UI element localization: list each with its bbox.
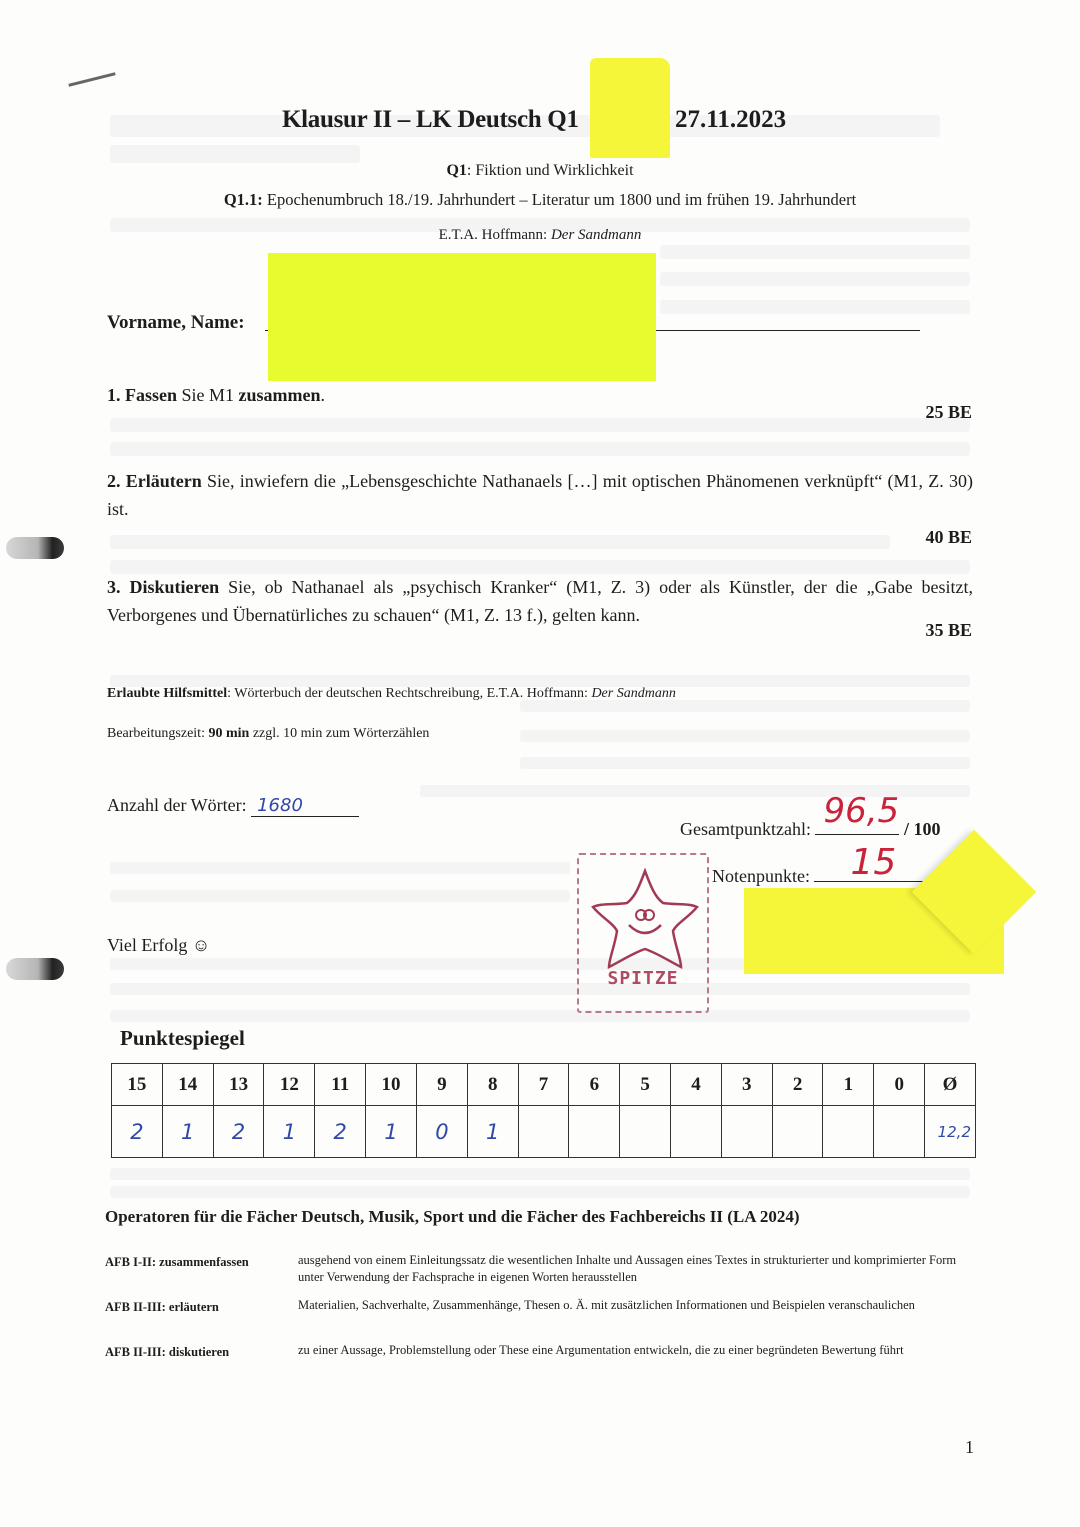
task-2-operator: Erläutern [126,471,202,491]
total-score-label: Gesamtpunktzahl: [680,819,811,839]
punktespiegel-header-cell: 0 [874,1064,925,1106]
punktespiegel-header-cell: 12 [264,1064,315,1106]
total-score-max: / 100 [904,819,941,839]
task-2-points: 40 BE [925,527,972,548]
task-3-points: 35 BE [925,620,972,641]
punktespiegel-header-cell: 15 [112,1064,163,1106]
task-2-text: Sie, inwiefern die „Lebensgeschichte Nat… [107,471,973,519]
punktespiegel-header-cell: Ø [925,1064,976,1106]
pencil-mark [68,72,115,87]
punktespiegel-value-cell[interactable] [721,1106,772,1158]
punktespiegel-value-cell[interactable]: 1 [366,1106,417,1158]
exam-date: 27.11.2023 [675,106,786,134]
bleed-through-text [660,272,970,286]
punktespiegel-header-cell: 3 [721,1064,772,1106]
unit-label: Q1 [446,162,466,179]
task-3-text: Sie, ob Nathanael als „psychisch Kranker… [107,577,973,625]
allowed-aids: Erlaubte Hilfsmittel: Wörterbuch der deu… [107,686,676,702]
redaction-sticky-note [268,253,656,381]
punktespiegel-value-cell[interactable] [823,1106,874,1158]
grade-points-label: Notenpunkte: [712,866,810,886]
task-1-text-end: . [321,385,326,405]
bleed-through-text [660,245,970,259]
time-label: Bearbeitungszeit: [107,726,208,741]
bleed-through-text [660,300,970,314]
grade-points-input[interactable]: 15 [814,862,934,882]
task-3: 3. Diskutieren Sie, ob Nathanael als „ps… [107,573,973,629]
task-3-number: 3. [107,577,121,597]
sticky-note [590,58,670,158]
bleed-through-text [110,535,890,549]
punktespiegel-value-cell[interactable]: 2 [112,1106,163,1158]
task-2-number: 2. [107,471,121,491]
time-value: 90 min [208,726,249,741]
bleed-through-text [520,730,970,742]
punktespiegel-header-cell: 10 [366,1064,417,1106]
unit-line: Q1: Fiktion und Wirklichkeit [0,162,1080,180]
task-3-operator: Diskutieren [129,577,219,597]
work-line: E.T.A. Hoffmann: Der Sandmann [0,227,1080,244]
aids-text: : Wörterbuch der deutschen Rechtschreibu… [227,686,591,701]
punktespiegel-value-cell[interactable] [671,1106,722,1158]
page-number: 1 [965,1437,974,1458]
task-1-operator: Fassen [125,385,177,405]
total-score-field: Gesamtpunktzahl: 96,5 / 100 [680,815,940,840]
subunit-label: Q1.1: [224,190,263,209]
punktespiegel-header-cell: 11 [315,1064,366,1106]
task-1-points: 25 BE [925,402,972,423]
punktespiegel-header-cell: 4 [671,1064,722,1106]
punktespiegel-value-cell[interactable] [569,1106,620,1158]
punktespiegel-value-cell[interactable] [620,1106,671,1158]
aids-label: Erlaubte Hilfsmittel [107,686,227,701]
operator-key: AFB II-III: diskutieren [105,1344,295,1361]
word-count-input[interactable]: 1680 [251,795,359,817]
punktespiegel-header-row: 1514131211109876543210Ø [112,1064,976,1106]
work-author: E.T.A. Hoffmann: [439,227,551,243]
bleed-through-text [110,418,970,432]
bleed-through-text [110,145,360,163]
subunit-line: Q1.1: Epochenumbruch 18./19. Jahrhundert… [0,190,1080,210]
punktespiegel-header-cell: 7 [518,1064,569,1106]
word-count-field: Anzahl der Wörter: 1680 [107,795,359,817]
total-score-value: 96,5 [823,791,899,831]
operator-key: AFB II-III: erläutern [105,1299,295,1316]
punktespiegel-header-cell: 5 [620,1064,671,1106]
bleed-through-text [110,1010,970,1022]
punktespiegel-header-cell: 6 [569,1064,620,1106]
grade-points-field: Notenpunkte: 15 [712,862,934,887]
task-2: 2. Erläutern Sie, inwiefern die „Lebensg… [107,467,973,523]
punktespiegel-value-cell[interactable]: 0 [416,1106,467,1158]
punktespiegel-value-row: 2121210112,2 [112,1106,976,1158]
name-label: Vorname, Name: [107,312,245,334]
punktespiegel-value-cell[interactable]: 1 [264,1106,315,1158]
punch-hole-icon [6,958,64,980]
bleed-through-text [110,1168,970,1180]
punktespiegel-header-cell: 1 [823,1064,874,1106]
working-time: Bearbeitungszeit: 90 min zzgl. 10 min zu… [107,726,429,742]
punktespiegel-header-cell: 8 [467,1064,518,1106]
bleed-through-text [110,560,970,574]
operator-key: AFB I-II: zusammenfassen [105,1254,295,1271]
task-1-number: 1. [107,385,121,405]
operator-description: ausgehend von einem Einleitungssatz die … [298,1252,978,1286]
punktespiegel-value-cell[interactable]: 2 [315,1106,366,1158]
task-1: 1. Fassen Sie M1 zusammen. [107,381,973,409]
punktespiegel-table: 1514131211109876543210Ø 2121210112,2 [111,1063,976,1158]
punktespiegel-value-cell[interactable] [772,1106,823,1158]
bleed-through-text [110,983,970,995]
punktespiegel-value-cell[interactable] [518,1106,569,1158]
smiling-star-icon [581,863,709,973]
bleed-through-text [110,890,570,902]
time-rest: zzgl. 10 min zum Wörterzählen [249,726,429,741]
bleed-through-text [110,1186,970,1198]
operator-description: zu einer Aussage, Problemstellung oder T… [298,1342,978,1359]
praise-stamp: SPITZE [577,853,709,1013]
punktespiegel-header-cell: 2 [772,1064,823,1106]
punktespiegel-header-cell: 13 [213,1064,264,1106]
bleed-through-text [110,862,570,874]
punktespiegel-header-cell: 9 [416,1064,467,1106]
punktespiegel-header-cell: 14 [162,1064,213,1106]
unit-text: : Fiktion und Wirklichkeit [467,162,634,179]
bleed-through-text [110,442,970,456]
exam-title: Klausur II – LK Deutsch Q1 [282,106,579,134]
work-title: Der Sandmann [551,227,641,243]
grade-points-value: 15 [850,842,896,883]
stamp-word: SPITZE [579,968,707,989]
word-count-value: 1680 [251,795,303,816]
punktespiegel-title: Punktespiegel [120,1026,245,1051]
aids-title: Der Sandmann [591,686,675,701]
punktespiegel-value-cell[interactable]: 1 [162,1106,213,1158]
subunit-text: Epochenumbruch 18./19. Jahrhundert – Lit… [263,190,856,209]
word-count-label: Anzahl der Wörter: [107,795,247,815]
punktespiegel-value-cell[interactable]: 1 [467,1106,518,1158]
task-1-text: Sie M1 [177,385,239,405]
operator-description: Materialien, Sachverhalte, Zusammenhänge… [298,1297,978,1314]
punktespiegel-value-cell[interactable] [874,1106,925,1158]
bleed-through-text [520,757,970,769]
task-1-text-bold: zusammen [239,385,321,405]
punktespiegel-value-cell[interactable]: 12,2 [925,1106,976,1158]
good-luck-text: Viel Erfolg ☺ [107,935,210,956]
operators-title: Operatoren für die Fächer Deutsch, Musik… [105,1207,800,1227]
total-score-input[interactable]: 96,5 [815,815,899,835]
punch-hole-icon [6,537,64,559]
punktespiegel-value-cell[interactable]: 2 [213,1106,264,1158]
